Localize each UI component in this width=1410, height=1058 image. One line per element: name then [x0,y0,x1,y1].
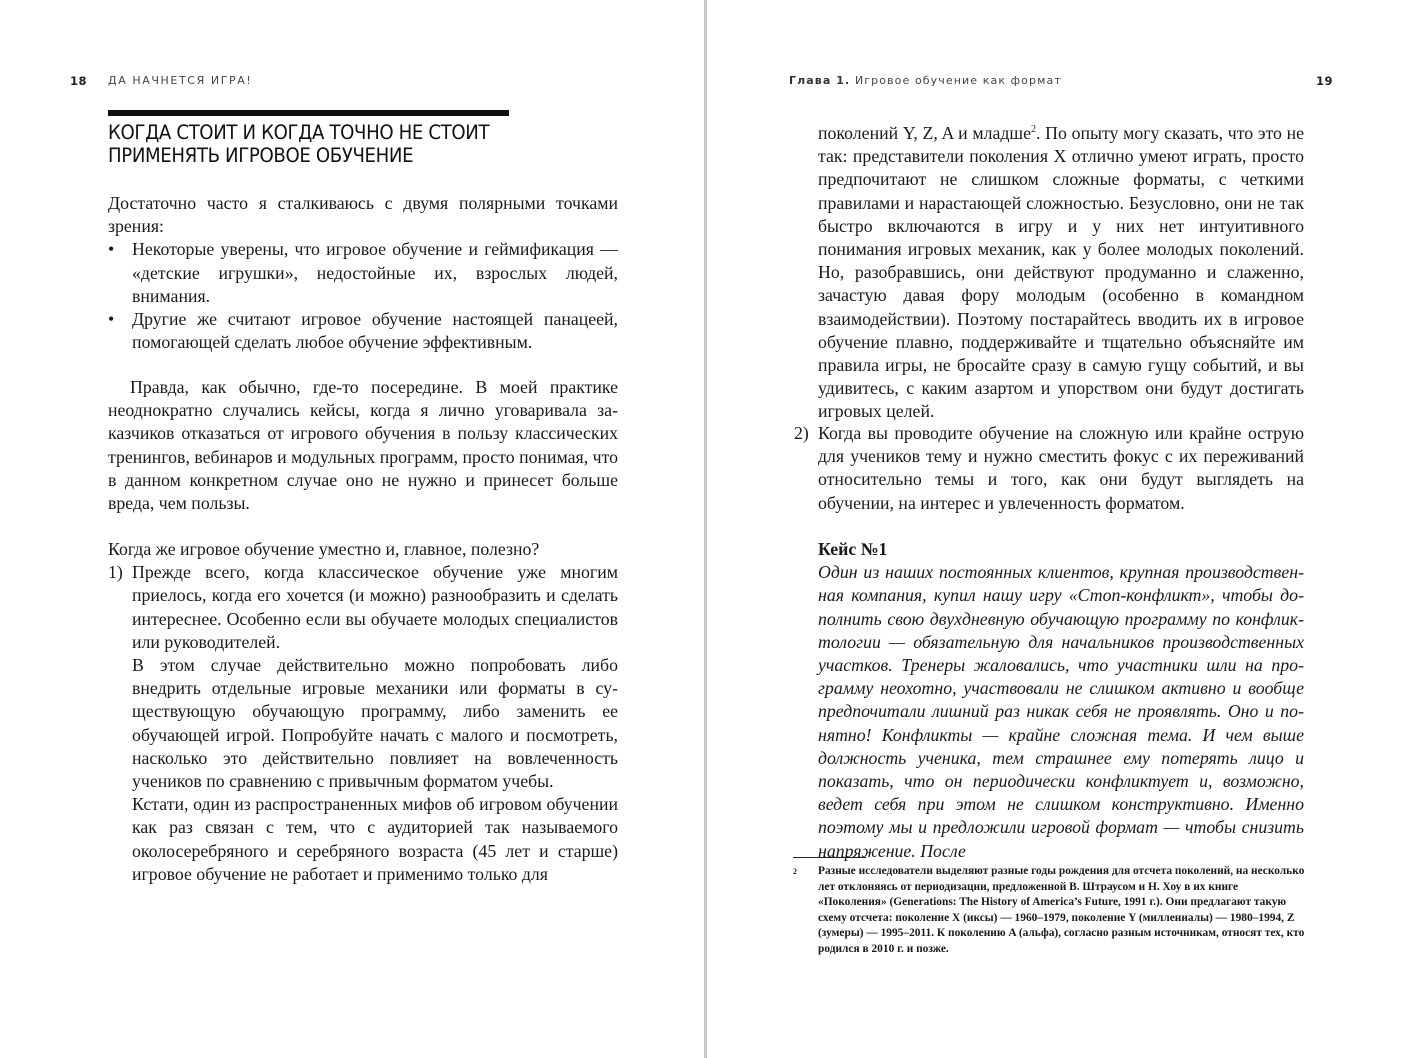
footnote-text: Разные исследователи выделяют разные год… [793,864,1307,958]
bullet-item: • Некоторые уверены, что игровое обучени… [108,238,618,308]
numbered-item: 1) Прежде всего, когда классическое обуч… [108,561,618,886]
bullet-marker: • [108,308,114,331]
running-head-left: Да начнется игра! [108,74,252,87]
continuation-text: поколений Y, Z, A и младше [818,123,1031,143]
section-rule-bar [108,110,509,116]
right-body-block-1: поколений Y, Z, A и младше2. По опыту мо… [818,122,1304,424]
numbered-paragraph: Прежде всего, когда классическое обучени… [132,561,618,654]
right-page: Глава 1. Игровое обучение как формат 19 … [707,0,1410,1058]
running-head-right: Глава 1. Игровое обучение как формат [789,74,1062,87]
chapter-label: Глава 1. [789,74,850,87]
left-page: 18 Да начнется игра! Когда стоит и когда… [0,0,704,1058]
bullet-marker: • [108,238,114,261]
book-spread: 18 Да начнется игра! Когда стоит и когда… [0,0,1410,1058]
bullet-list: • Некоторые уверены, что игровое обучени… [108,238,618,354]
page-number-left: 18 [70,74,87,88]
left-body-block-3: Когда же игровое обучение уместно и, гла… [108,538,618,886]
left-body-block-2: Правда, как обычно, где-то посередине. В… [108,376,618,515]
case-title: Кейс №1 [818,538,1304,561]
right-body-block-2: 2) Когда вы проводите обучение на сложну… [794,422,1304,515]
number-marker: 1) [108,561,123,584]
case-block: Кейс №1 Один из наших постоянных клиенто… [818,538,1304,863]
body-paragraph: Правда, как обычно, где-то посередине. В… [108,376,618,515]
numbered-paragraph: Кстати, один из распространенных мифов о… [132,793,618,886]
numbered-list: 2) Когда вы проводите обучение на сложну… [794,422,1304,515]
intro-paragraph: Достаточно часто я сталкиваюсь с двумя п… [108,192,618,238]
number-marker: 2) [794,422,809,445]
bullet-text: Другие же считают игровое обучение насто… [132,309,618,352]
numbered-item: 2) Когда вы проводите обучение на сложну… [794,422,1304,515]
section-title: Когда стоит и когда точно не стоит приме… [108,121,592,167]
page-number-right: 19 [1316,74,1333,88]
question-paragraph: Когда же игровое обучение уместно и, гла… [108,538,618,561]
numbered-paragraph: В этом случае действительно можно попроб… [132,654,618,793]
left-body-block-1: Достаточно часто я сталкиваюсь с двумя п… [108,192,618,354]
footnote-rule [793,857,866,858]
bullet-text: Некоторые уверены, что игровое обучение … [132,239,618,305]
chapter-title: Игровое обучение как формат [855,74,1062,87]
continuation-paragraph: поколений Y, Z, A и младше2. По опыту мо… [818,122,1304,424]
footnote: 2 Разные исследователи выделяют разные г… [793,864,1307,958]
footnote-marker: 2 [793,864,797,880]
case-body: Один из наших постоянных клиентов, крупн… [818,561,1304,863]
bullet-item: • Другие же считают игровое обучение нас… [108,308,618,354]
continuation-text: . По опыту могу сказать, что это не так:… [818,123,1304,421]
numbered-list: 1) Прежде всего, когда классическое обуч… [108,561,618,886]
numbered-text: Когда вы проводите обучение на сложную и… [818,423,1304,513]
